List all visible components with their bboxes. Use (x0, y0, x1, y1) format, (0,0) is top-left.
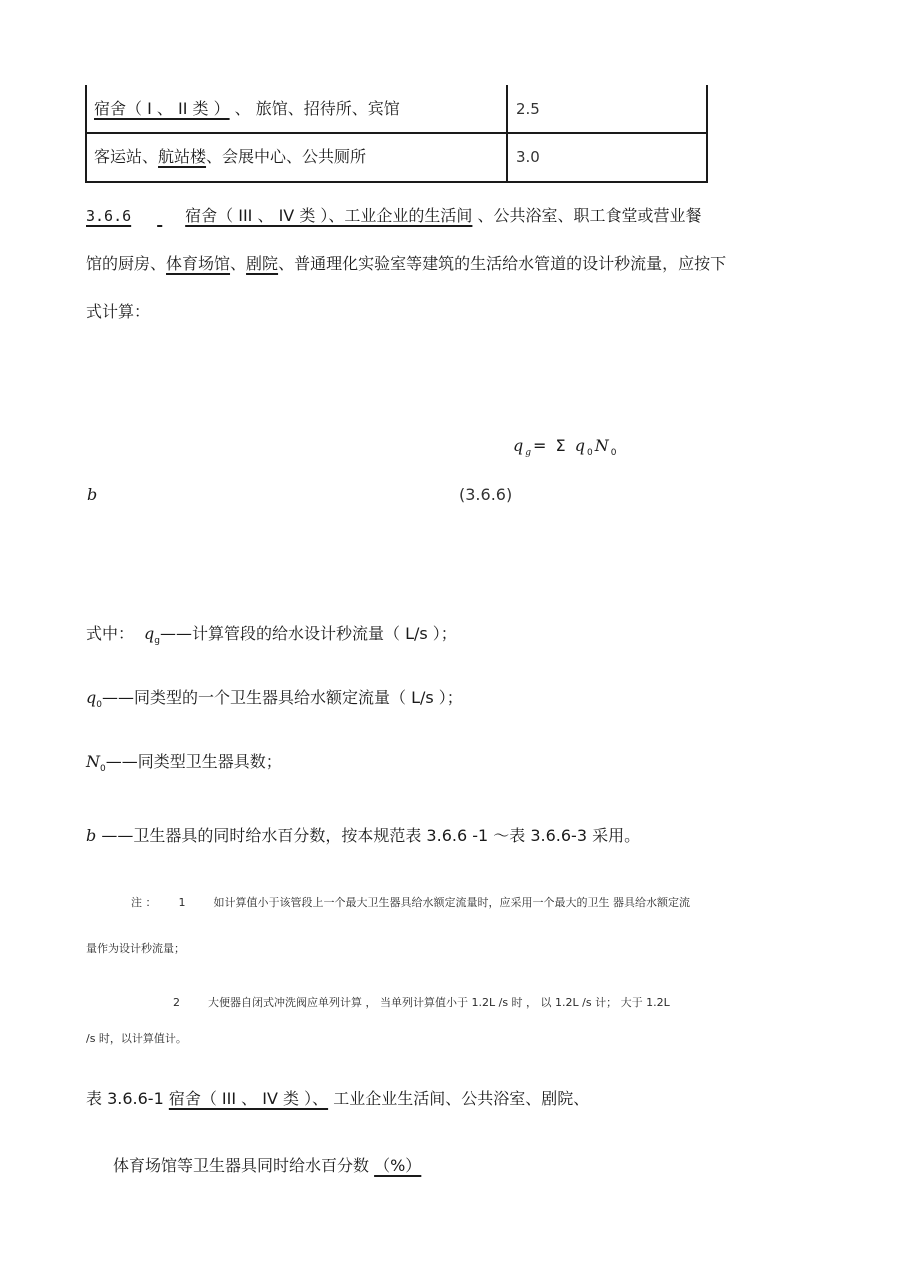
table-caption-number: 表 3.6.6-1 (86, 1089, 169, 1108)
definition-symbol: b (86, 826, 96, 845)
table-cell-value: 3.0 (516, 147, 540, 167)
section-text: 、公共浴室、职工食堂或营业餐 (472, 206, 701, 225)
definition-text: ——计算管段的给水设计秒流量（ L/s ）； (160, 624, 457, 643)
table-caption-line-1: 表 3.6.6-1 宿舍（ III 、 IV 类 ）、 工业企业生活间、公共浴室… (86, 1089, 589, 1109)
formula-b-symbol: b (87, 485, 97, 505)
formula-subscript: g (525, 448, 533, 458)
table-row: 宿舍（ I 、 II 类 ） 、 旅馆、招待所、宾馆 (94, 99, 400, 119)
formula-symbol: N (595, 436, 611, 455)
section-subject-underlined: 宿舍（ III 、 IV 类 ）、工业企业的生活间 (185, 206, 472, 225)
formula-symbol: q (513, 436, 525, 455)
note-2-line-2: /s 时，以计算值计。 (86, 1032, 187, 1046)
blank-underline (157, 206, 177, 226)
note-label: 注 ： (131, 896, 157, 909)
formula-subscript: 0 (587, 448, 595, 458)
definition-qg: 式中：qg——计算管段的给水设计秒流量（ L/s ）； (86, 624, 457, 651)
formula-symbol: q (575, 436, 587, 455)
definition-symbol: N (86, 752, 100, 771)
table-border-bottom (85, 181, 708, 183)
section-text: 、 (230, 254, 246, 273)
definition-text: ——同类型卫生器具数； (106, 752, 282, 771)
table-cell-value: 2.5 (516, 99, 540, 119)
table-cell-category: 、 旅馆、招待所、宾馆 (230, 99, 400, 118)
note-1-line-1: 注 ：1如计算值小于该管段上一个最大卫生器具给水额定流量时，应采用一个最大的卫生… (131, 896, 690, 910)
water-quota-table: 宿舍（ I 、 II 类 ） 、 旅馆、招待所、宾馆 2.5 客运站、航站楼、会… (85, 85, 708, 183)
table-caption-text: 工业企业生活间、公共浴室、剧院、 (328, 1089, 589, 1108)
formula-sigma: Σ (556, 436, 568, 455)
section-text: 馆的厨房、 (86, 254, 166, 273)
table-column-divider (506, 85, 508, 183)
table-cell-category-underlined: 宿舍（ I 、 II 类 ） (94, 99, 230, 118)
table-cell-category-underlined: 航站楼 (158, 147, 206, 166)
note-1-line-2: 量作为设计秒流量； (86, 942, 185, 956)
note-number: 1 (179, 896, 186, 909)
table-cell-category-prefix: 客运站、 (94, 147, 158, 166)
formula-subscript: 0 (611, 448, 619, 458)
definition-n0: N0——同类型卫生器具数； (86, 752, 282, 779)
section-number: 3.6.6 (86, 207, 131, 225)
table-caption-line-2: 体育场馆等卫生器具同时给水百分数 （%） (113, 1156, 421, 1176)
definition-symbol: q (144, 624, 154, 643)
underlined-term: 剧院 (246, 254, 278, 273)
definition-symbol: q (86, 688, 96, 707)
note-text: 如计算值小于该管段上一个最大卫生器具给水额定流量时，应采用一个最大的卫生 器具给… (214, 896, 691, 909)
definition-q0: q0——同类型的一个卫生器具给水额定流量（ L/s ）； (86, 688, 463, 715)
formula-number: (3.6.6) (459, 485, 512, 505)
table-row: 客运站、航站楼、会展中心、公共厕所 (94, 147, 366, 167)
formula: qg= Σ q0N0 (513, 436, 618, 463)
note-2-line-1: 2大便器自闭式冲洗阀应单列计算 ， 当单列计算值小于 1.2L /s 时 ， 以… (173, 996, 670, 1010)
section-text: 、普通理化实验室等建筑的生活给水管道的设计秒流量，应按下 (278, 254, 726, 273)
formula-operator: = (533, 436, 548, 455)
definition-text: ——卫生器具的同时给水百分数，按本规范表 3.6.6 -1 ～表 3.6.6-3… (96, 826, 640, 845)
table-caption-text: 体育场馆等卫生器具同时给水百分数 (113, 1156, 374, 1175)
note-text: 大便器自闭式冲洗阀应单列计算 ， 当单列计算值小于 1.2L /s 时 ， 以 … (208, 996, 670, 1009)
definition-b: b ——卫生器具的同时给水百分数，按本规范表 3.6.6 -1 ～表 3.6.6… (86, 826, 640, 846)
section-paragraph-line-1: 3.6.6 宿舍（ III 、 IV 类 ）、工业企业的生活间 、公共浴室、职工… (86, 206, 702, 226)
table-cell-category: 、会展中心、公共厕所 (206, 147, 366, 166)
table-border-right (706, 85, 708, 183)
table-row-divider (85, 132, 708, 134)
definition-text: ——同类型的一个卫生器具给水额定流量（ L/s ）； (102, 688, 463, 707)
section-paragraph-line-2: 馆的厨房、体育场馆、剧院、普通理化实验室等建筑的生活给水管道的设计秒流量，应按下 (86, 254, 726, 274)
table-caption-unit: （%） (374, 1156, 421, 1175)
definition-lead: 式中： (86, 624, 134, 643)
note-number: 2 (173, 996, 180, 1009)
table-caption-underlined: 宿舍（ III 、 IV 类 ）、 (169, 1089, 328, 1108)
underlined-term: 体育场馆 (166, 254, 230, 273)
section-paragraph-line-3: 式计算： (86, 302, 150, 322)
table-border-left (85, 85, 87, 183)
